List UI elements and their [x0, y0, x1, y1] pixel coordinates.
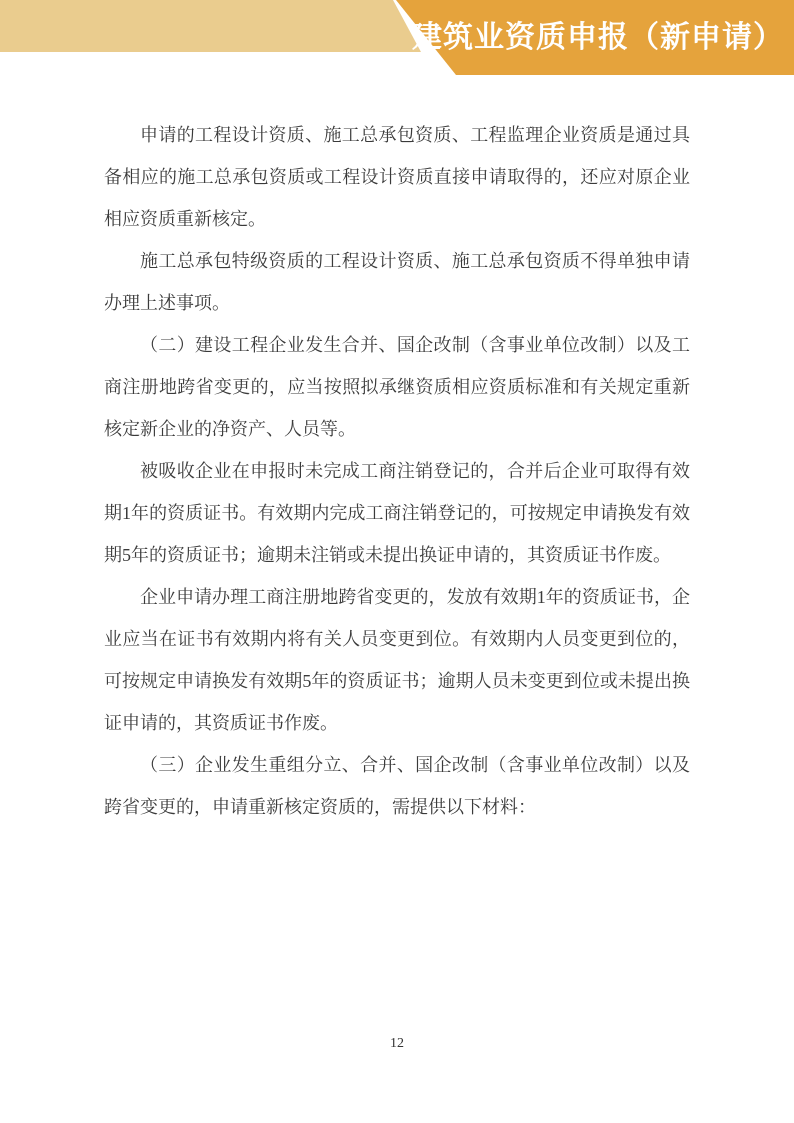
paragraph: 被吸收企业在申报时未完成工商注销登记的，合并后企业可取得有效期1年的资质证书。有… — [104, 450, 690, 576]
page-number: 12 — [390, 1036, 404, 1051]
page-footer: 12 — [0, 1034, 794, 1052]
document-page: 建筑业资质申报（新申请） 申请的工程设计资质、施工总承包资质、工程监理企业资质是… — [0, 0, 794, 1123]
header-title: 建筑业资质申报（新申请） — [412, 0, 784, 75]
header-band-light — [0, 0, 430, 52]
paragraph: 申请的工程设计资质、施工总承包资质、工程监理企业资质是通过具备相应的施工总承包资… — [104, 114, 690, 240]
paragraph: （三）企业发生重组分立、合并、国企改制（含事业单位改制）以及跨省变更的，申请重新… — [104, 744, 690, 828]
paragraph: 企业申请办理工商注册地跨省变更的，发放有效期1年的资质证书，企业应当在证书有效期… — [104, 576, 690, 744]
paragraph: 施工总承包特级资质的工程设计资质、施工总承包资质不得单独申请办理上述事项。 — [104, 240, 690, 324]
paragraph: （二）建设工程企业发生合并、国企改制（含事业单位改制）以及工商注册地跨省变更的，… — [104, 324, 690, 450]
document-body: 申请的工程设计资质、施工总承包资质、工程监理企业资质是通过具备相应的施工总承包资… — [104, 114, 690, 828]
